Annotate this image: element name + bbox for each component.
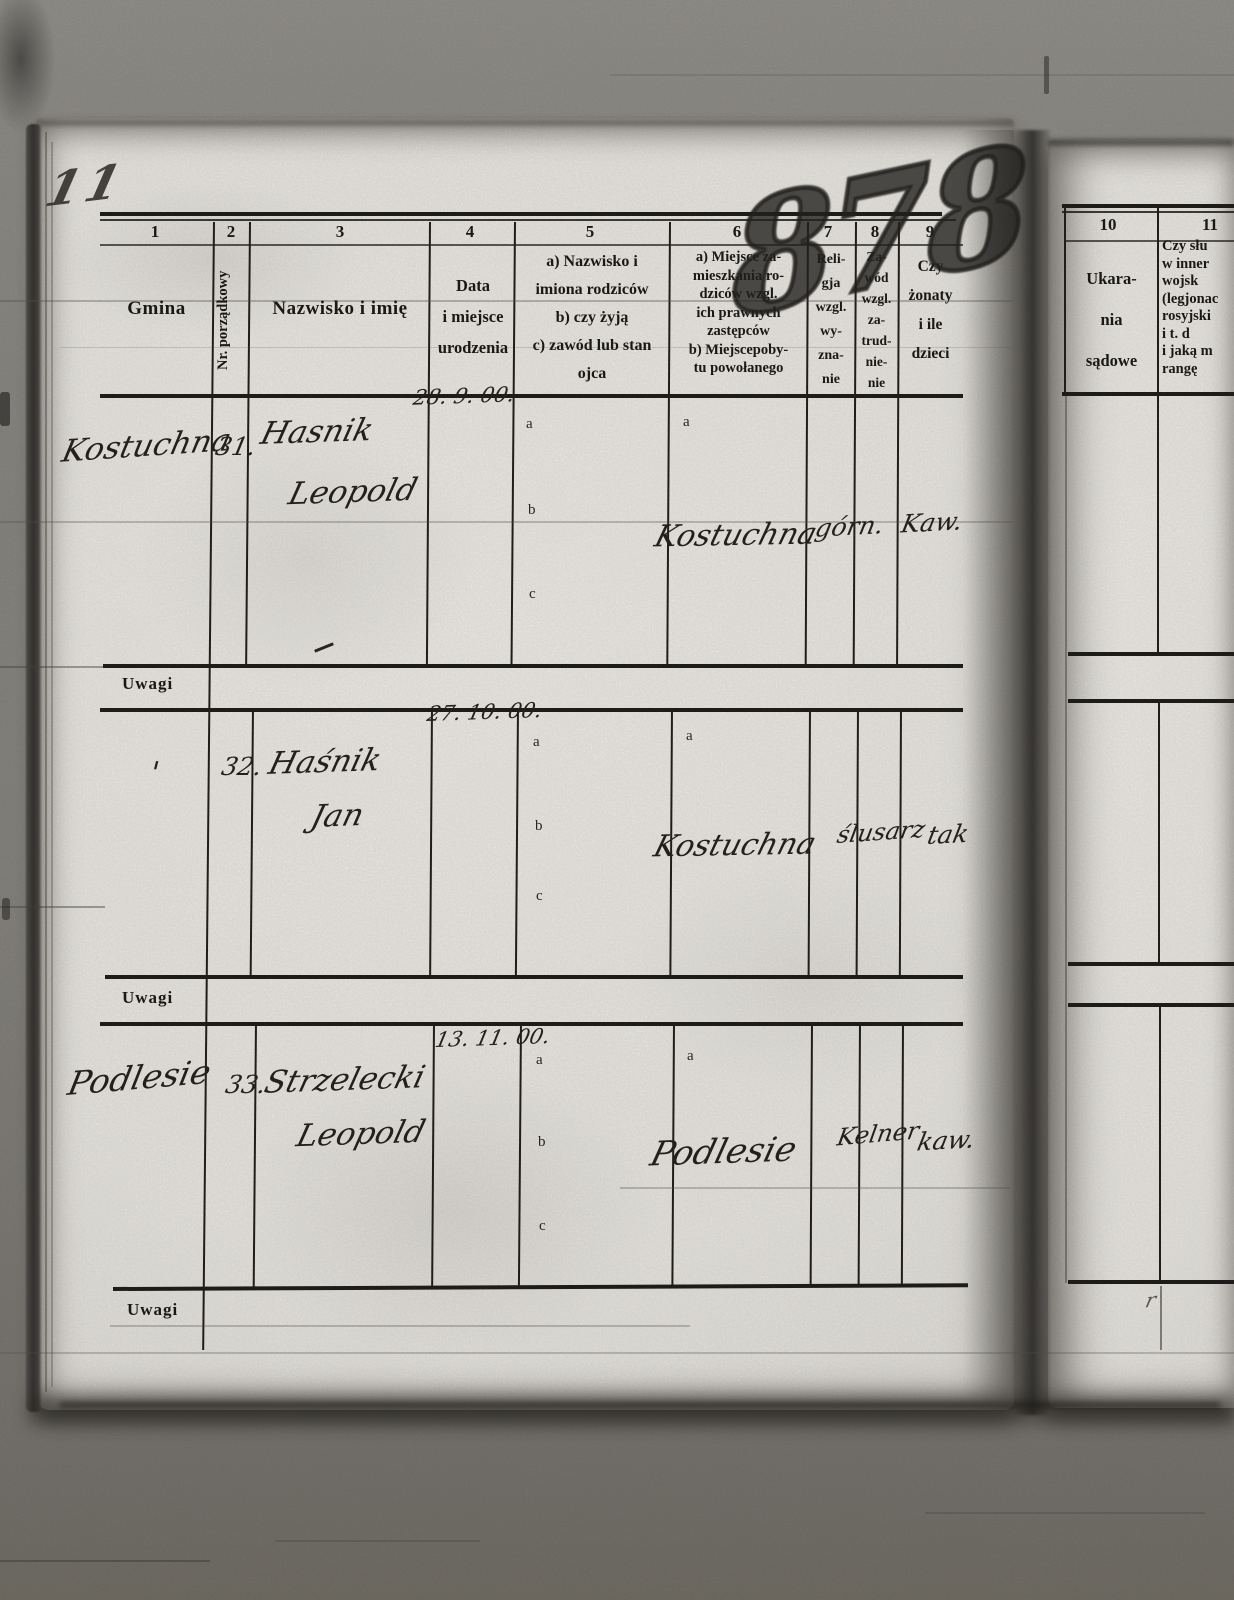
table-rule-v (1065, 392, 1067, 1283)
record-name-line2: Jan (307, 797, 367, 835)
scanned-register-spread: 1 2 3 4 5 6 7 8 9 Gmina Nr. porządkowy N… (0, 0, 1234, 1600)
header-sluzba-wojskowa: Czy słu w inner wojsk (legjonac rosyjski… (1162, 238, 1234, 378)
sub-mark-a: a (533, 734, 540, 751)
table-rule-h (1068, 699, 1234, 703)
table-rule-h (1068, 1003, 1234, 1007)
sub-mark-a: a (686, 728, 693, 745)
record-birth-date: 28. 9. 00. (411, 382, 517, 409)
column-number-5: 5 (575, 222, 605, 242)
table-rule-v (1160, 1286, 1162, 1350)
table-rule-v (1159, 1003, 1161, 1280)
column-number-2: 2 (216, 222, 246, 242)
record-name-line2: Leopold (285, 472, 421, 512)
record-nr: 32. (219, 752, 265, 781)
corner-page-number: 11 (40, 154, 131, 219)
column-number-11: 11 (1192, 215, 1228, 235)
header-nr-porzadkowy: Nr. porządkowy (215, 248, 248, 392)
header-nazwisko-imie: Nazwisko i imię (250, 298, 430, 320)
table-rule-h (1068, 1280, 1234, 1284)
sub-mark-a: a (687, 1048, 694, 1065)
table-rule-v (1158, 699, 1160, 962)
scan-artifact-line (610, 74, 1234, 76)
sub-mark-a: a (536, 1052, 543, 1069)
sub-mark-b: b (528, 502, 536, 519)
record-birth-date: 27. 10. 00. (425, 698, 545, 726)
column-number-4: 4 (455, 222, 485, 242)
uwagi-label-3: Uwagi (127, 1300, 197, 1320)
column-number-3: 3 (325, 222, 355, 242)
uwagi-label-2: Uwagi (122, 988, 192, 1008)
record-nr: 31. (213, 432, 259, 461)
book-left-edge (26, 124, 42, 1412)
table-rule-h (100, 394, 963, 398)
record-birth-date: 13. 11. 00. (433, 1024, 553, 1052)
header-rodzice: a) Nazwisko i imiona rodziców b) czy żyj… (515, 248, 669, 388)
record-residence: Kostuchna (650, 827, 820, 865)
table-rule-h (1068, 962, 1234, 966)
sub-mark-c: c (539, 1218, 546, 1235)
table-rule-h (1062, 392, 1234, 396)
scan-artifact-line (925, 1512, 1205, 1514)
header-ukarania-sadowe: Ukara- nia sądowe (1066, 258, 1157, 381)
table-rule-h (1062, 204, 1234, 208)
sub-mark-c: c (536, 888, 543, 905)
sub-mark-c: c (529, 586, 536, 603)
scan-artifact-line (275, 1540, 480, 1542)
scan-artifact-line (0, 1560, 210, 1562)
uwagi-label-1: Uwagi (122, 674, 192, 694)
edge-smudge (0, 392, 10, 426)
header-gmina: Gmina (100, 298, 213, 320)
sub-mark-a: a (526, 416, 533, 433)
column-number-10: 10 (1090, 215, 1126, 235)
table-rule-h (105, 975, 963, 979)
record-residence: Podlesie (646, 1130, 801, 1175)
column-number-1: 1 (140, 222, 170, 242)
table-rule-v (1157, 208, 1159, 652)
record-occupation: górn. (813, 510, 887, 542)
record-name-line1: Hasnik (257, 412, 377, 452)
record-name-line1: Haśnik (265, 742, 385, 782)
edge-smudge (2, 898, 10, 920)
record-marital: kaw. (915, 1125, 978, 1157)
edge-smudge (1044, 56, 1049, 94)
sub-mark-b: b (535, 818, 543, 835)
record-name-line1: Strzelecki (261, 1059, 429, 1100)
table-rule-h (1068, 652, 1234, 656)
record-marital: Kaw. (899, 506, 965, 538)
table-rule-h (1062, 211, 1234, 213)
table-rule-h (103, 664, 963, 668)
record-marital: tak (925, 819, 971, 850)
corner-smudge (0, 0, 56, 134)
record-name-line2: Leopold (293, 1114, 429, 1154)
header-data-urodzenia: Data i miejsce urodzenia (431, 270, 515, 363)
sub-mark-a: a (683, 414, 690, 431)
record-residence: Kostuchna (651, 517, 821, 555)
sub-mark-b: b (538, 1134, 546, 1151)
book-gutter (1012, 130, 1050, 1415)
